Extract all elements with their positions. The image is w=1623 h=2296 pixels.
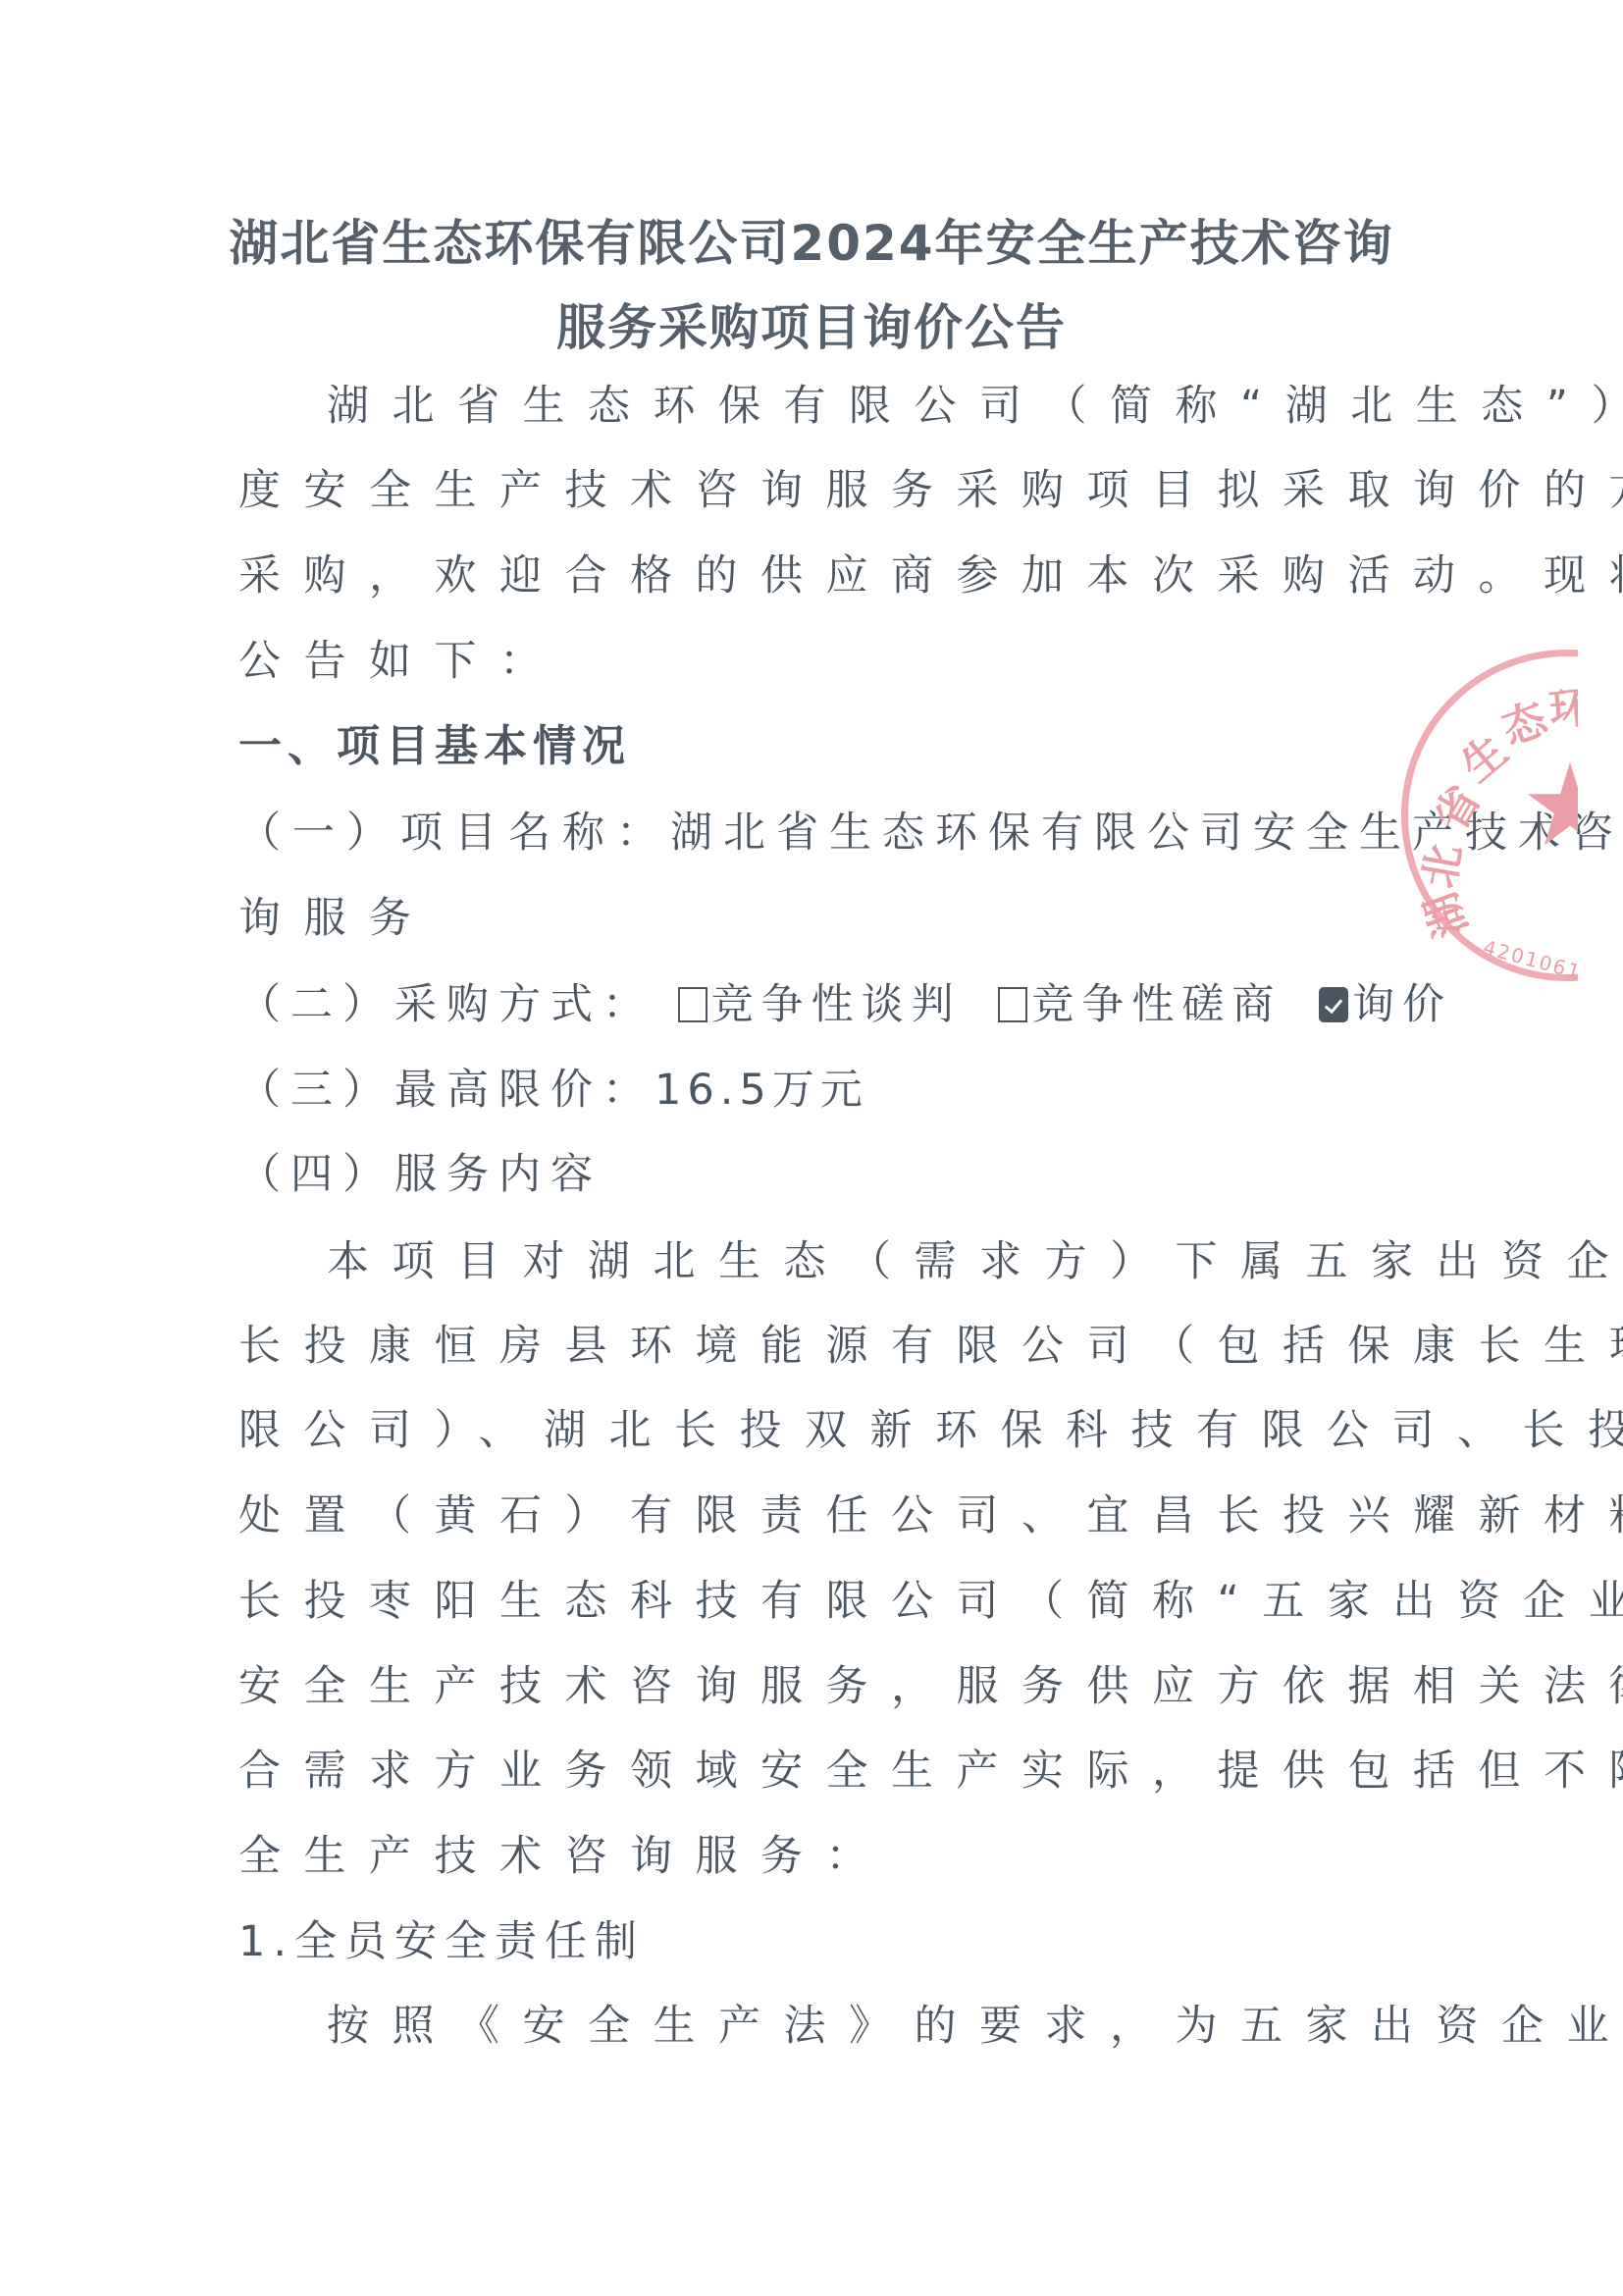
document-title-line2: 服务采购项目询价公告 [0, 288, 1623, 359]
project-name-row: （一）项目名称：湖北省生态环保有限公司安全生产技术咨 [238, 806, 1367, 861]
max-price-row: （三）最高限价：16.5万元 [238, 1063, 1367, 1118]
intro-line: 湖北省生态环保有限公司（简称“湖北生态”）2024年 [327, 379, 1455, 434]
seal-char: 环 [1545, 671, 1578, 738]
intro-line: 采购，欢迎合格的供应商参加本次采购活动。现将有关事宜 [238, 548, 1367, 603]
document-title-line1: 湖北省生态环保有限公司2024年安全生产技术咨询 [0, 204, 1623, 275]
intro-line: 度安全生产技术咨询服务采购项目拟采取询价的方式组织 [238, 463, 1367, 518]
subitem-line: 按照《安全生产法》的要求，为五家出资企业建立健全 [327, 1999, 1455, 2054]
service-line: 合需求方业务领域安全生产实际，提供包括但不限于以下安 [238, 1744, 1367, 1799]
document-page: 湖北省生态环保有限公司2024年安全生产技术咨询 服务采购项目询价公告 湖北省生… [0, 0, 1623, 2296]
procurement-method-label: （二）采购方式： [238, 980, 654, 1029]
service-line: 长投枣阳生态科技有限公司（简称“五家出资企业”）提供 [238, 1574, 1367, 1629]
service-line: 长投康恒房县环境能源有限公司（包括保康长生环保科技有 [238, 1319, 1367, 1374]
company-seal: 北 省 生 态 环 湖 42010610 [1393, 638, 1578, 991]
service-line: 安全生产技术咨询服务，服务供应方依据相关法律法规，结 [238, 1659, 1367, 1714]
intro-line: 公告如下： [238, 634, 1367, 689]
service-line: 处置（黄石）有限责任公司、宜昌长投兴耀新材料有限公司、 [238, 1488, 1367, 1543]
project-name-label: （一）项目名称： [238, 809, 670, 858]
service-content-heading: （四）服务内容 [238, 1147, 1367, 1202]
max-price-value: 16.5万元 [654, 1066, 868, 1115]
service-line: 全生产技术咨询服务： [238, 1829, 1367, 1884]
checkbox-unchecked-icon [678, 987, 707, 1022]
checkbox-checked-icon [1319, 987, 1348, 1022]
max-price-label: （三）最高限价： [238, 1066, 654, 1115]
option-competitive-consultation: 竞争性磋商 [998, 980, 1282, 1029]
service-line: 限公司）、湖北长投双新环保科技有限公司、长投五行固废 [238, 1403, 1367, 1458]
checkbox-unchecked-icon [998, 987, 1027, 1022]
option-competitive-negotiation: 竞争性谈判 [678, 980, 962, 1029]
project-name-continuation: 询服务 [238, 891, 1367, 946]
subitem-heading: 1.全员安全责任制 [238, 1914, 1367, 1969]
seal-star-icon [1526, 760, 1578, 849]
section-heading: 一、项目基本情况 [238, 719, 1367, 774]
service-line: 本项目对湖北生态（需求方）下属五家出资企业：湖北 [327, 1234, 1455, 1289]
procurement-method-row: （二）采购方式： 竞争性谈判 竞争性磋商 询价 [238, 977, 1367, 1032]
